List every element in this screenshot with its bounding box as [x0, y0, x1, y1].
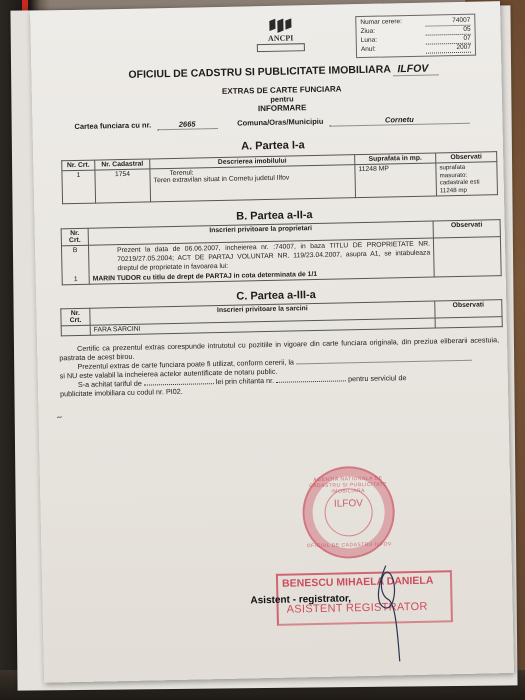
stamp-inner-ring — [324, 488, 373, 537]
col-observations: Observati — [433, 220, 500, 238]
row-description: Terenul: Teren extravilan situat in Corn… — [150, 165, 356, 202]
signer-label: Asistent - registrator, — [250, 593, 351, 606]
col-nr-crt: Nr. Crt. — [62, 160, 95, 171]
row-nr: 1 — [62, 275, 89, 285]
cf-label: Cartea funciara cu nr. — [74, 120, 151, 132]
office-county: ILFOV — [393, 62, 438, 76]
col-nr-crt: Nr. Crt. — [61, 308, 90, 326]
logo-text: ANCPI — [257, 33, 305, 43]
col-nr-crt: Nr. Crt. — [61, 228, 88, 246]
col-observations: Observati — [435, 300, 502, 318]
year-label: Anul: — [361, 46, 376, 55]
request-info-box: Numar cerere:74007 Ziua:05 Luna:07 Anul:… — [355, 14, 476, 59]
certification-text: Certific ca prezentul extras corespunde … — [59, 335, 500, 398]
month-label: Luna: — [361, 37, 377, 46]
cf-number: 2665 — [157, 119, 217, 130]
row-observations: suprafata masurato: cadastrale esti 1124… — [436, 162, 498, 196]
row-observations — [435, 317, 502, 328]
request-label: Numar cerere: — [360, 18, 402, 28]
handwritten-signature — [372, 563, 404, 664]
stamp-ring-text-bottom: OFICIUL DE CADASTRU ILFOV — [305, 541, 393, 549]
request-row: Anul:2007 — [361, 44, 471, 55]
row-nr: 1 — [62, 170, 96, 204]
row-nr — [61, 325, 90, 336]
row-nr: B — [61, 245, 89, 275]
official-round-stamp: AGENTIA NATIONALA DE CADASTRU SI PUBLICI… — [302, 465, 396, 559]
locality-value: Cornetu — [329, 114, 469, 127]
stamp-city: ILFOV — [304, 497, 392, 510]
stamp-ring-text: AGENTIA NATIONALA DE CADASTRU SI PUBLICI… — [304, 475, 392, 495]
row-cadastral: 1754 — [95, 169, 151, 203]
service-label: pentru serviciul de — [348, 373, 407, 383]
office-title: OFICIUL DE CADSTRU SI PUBLICITATE IMOBIL… — [83, 61, 483, 81]
receipt-blank — [276, 380, 346, 382]
row-area: 11248 MP — [355, 163, 437, 198]
document-title-block: EXTRAS DE CARTE FUNCIARA pentru INFORMAR… — [152, 83, 413, 115]
document-sheet: ANCPI Numar cerere:74007 Ziua:05 Luna:07… — [30, 1, 514, 683]
day-label: Ziua: — [360, 28, 375, 37]
year-value: 2007 — [426, 44, 471, 54]
handwritten-mark: ~ — [56, 412, 64, 424]
ancpi-logo: ANCPI — [256, 19, 305, 52]
office-name: OFICIUL DE CADSTRU SI PUBLICITATE IMOBIL… — [128, 63, 390, 80]
logo-band — [257, 43, 305, 52]
part-b-table: Nr. Crt. Inscrieri privitoare la proprie… — [61, 219, 502, 285]
part-a-table: Nr. Crt. Nr. Cadastral Descrierea imobil… — [61, 151, 498, 204]
registrar-name: BENESCU MIHAELA DANIELA — [282, 574, 446, 589]
land-book-line: Cartea funciara cu nr. 2665 Comuna/Oras/… — [74, 113, 494, 132]
logo-mark-icon — [256, 19, 304, 32]
locality-label: Comuna/Oras/Municipiu — [237, 117, 323, 129]
receipt-label: lei prin chitanta nr. — [216, 376, 275, 386]
row-observations — [433, 237, 501, 277]
fee-blank — [144, 383, 214, 385]
